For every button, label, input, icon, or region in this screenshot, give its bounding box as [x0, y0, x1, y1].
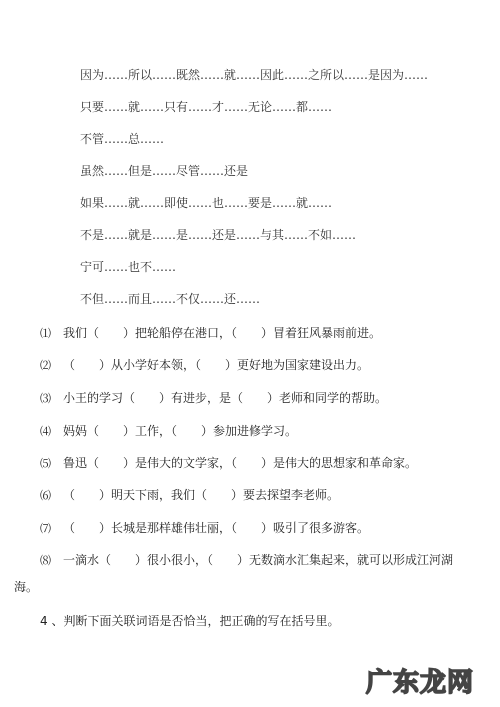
question-text: 鲁迅（ ）是伟大的文学家，（ ）是伟大的思想家和革命家。 — [63, 456, 417, 470]
fill-blank-question: ⑴我们（ ）把轮船停在港口，（ ）冒着狂风暴雨前进。 — [40, 326, 381, 341]
conjunction-pattern-line: 不管……总…… — [80, 132, 164, 146]
conjunction-pattern-line: 虽然……但是……尽管……还是 — [80, 164, 248, 178]
section-heading: 4 、判断下面关联词语是否恰当，把正确的写在括号里。 — [40, 614, 339, 628]
question-number: ⑶ — [40, 392, 63, 406]
question-number: ⑴ — [40, 327, 63, 341]
question-text: （ ）明天下雨，我们（ ）要去探望李老师。 — [63, 488, 339, 502]
fill-blank-question: ⑶小王的学习（ ）有进步，是（ ）老师和同学的帮助。 — [40, 391, 387, 406]
fill-blank-question: ⑹（ ）明天下雨，我们（ ）要去探望李老师。 — [40, 488, 339, 503]
question-text: 我们（ ）把轮船停在港口，（ ）冒着狂风暴雨前进。 — [63, 326, 381, 340]
question-number: ⑹ — [40, 489, 63, 503]
fill-blank-question: ⑵（ ）从小学好本领，（ ）更好地为国家建设出力。 — [40, 358, 369, 373]
question-continuation: 海。 — [14, 580, 38, 594]
conjunction-pattern-line: 不但……而且……不仅……还…… — [80, 292, 260, 306]
fill-blank-question: ⑺（ ）长城是那样雄伟壮丽，（ ）吸引了很多游客。 — [40, 521, 369, 536]
conjunction-pattern-line: 如果……就……即使……也……要是……就…… — [80, 196, 332, 210]
watermark-logo: 广东龙网 — [366, 662, 474, 699]
question-text: 妈妈（ ）工作，（ ）参加进修学习。 — [63, 424, 297, 438]
conjunction-pattern-line: 只要……就……只有……才……无论……都…… — [80, 100, 332, 114]
conjunction-pattern-line: 宁可……也不…… — [80, 260, 176, 274]
question-number: ⑸ — [40, 457, 63, 471]
fill-blank-question: ⑸鲁迅（ ）是伟大的文学家，（ ）是伟大的思想家和革命家。 — [40, 456, 417, 471]
fill-blank-question: ⑷妈妈（ ）工作，（ ）参加进修学习。 — [40, 424, 297, 439]
question-number: ⑺ — [40, 522, 63, 536]
question-text: （ ）从小学好本领，（ ）更好地为国家建设出力。 — [63, 358, 369, 372]
question-number: ⑷ — [40, 425, 63, 439]
question-number: ⑵ — [40, 359, 63, 373]
question-text: 小王的学习（ ）有进步，是（ ）老师和同学的帮助。 — [63, 391, 387, 405]
question-text: 一滴水（ ）很小很小，（ ）无数滴水汇集起来，就可以形成江河湖 — [63, 553, 453, 567]
conjunction-pattern-line: 不是……就是……是……还是……与其……不如…… — [80, 228, 356, 242]
question-number: ⑻ — [40, 554, 63, 568]
question-text: （ ）长城是那样雄伟壮丽，（ ）吸引了很多游客。 — [63, 521, 369, 535]
fill-blank-question: ⑻一滴水（ ）很小很小，（ ）无数滴水汇集起来，就可以形成江河湖 — [40, 553, 453, 568]
conjunction-pattern-line: 因为……所以……既然……就……因此……之所以……是因为…… — [80, 68, 428, 82]
